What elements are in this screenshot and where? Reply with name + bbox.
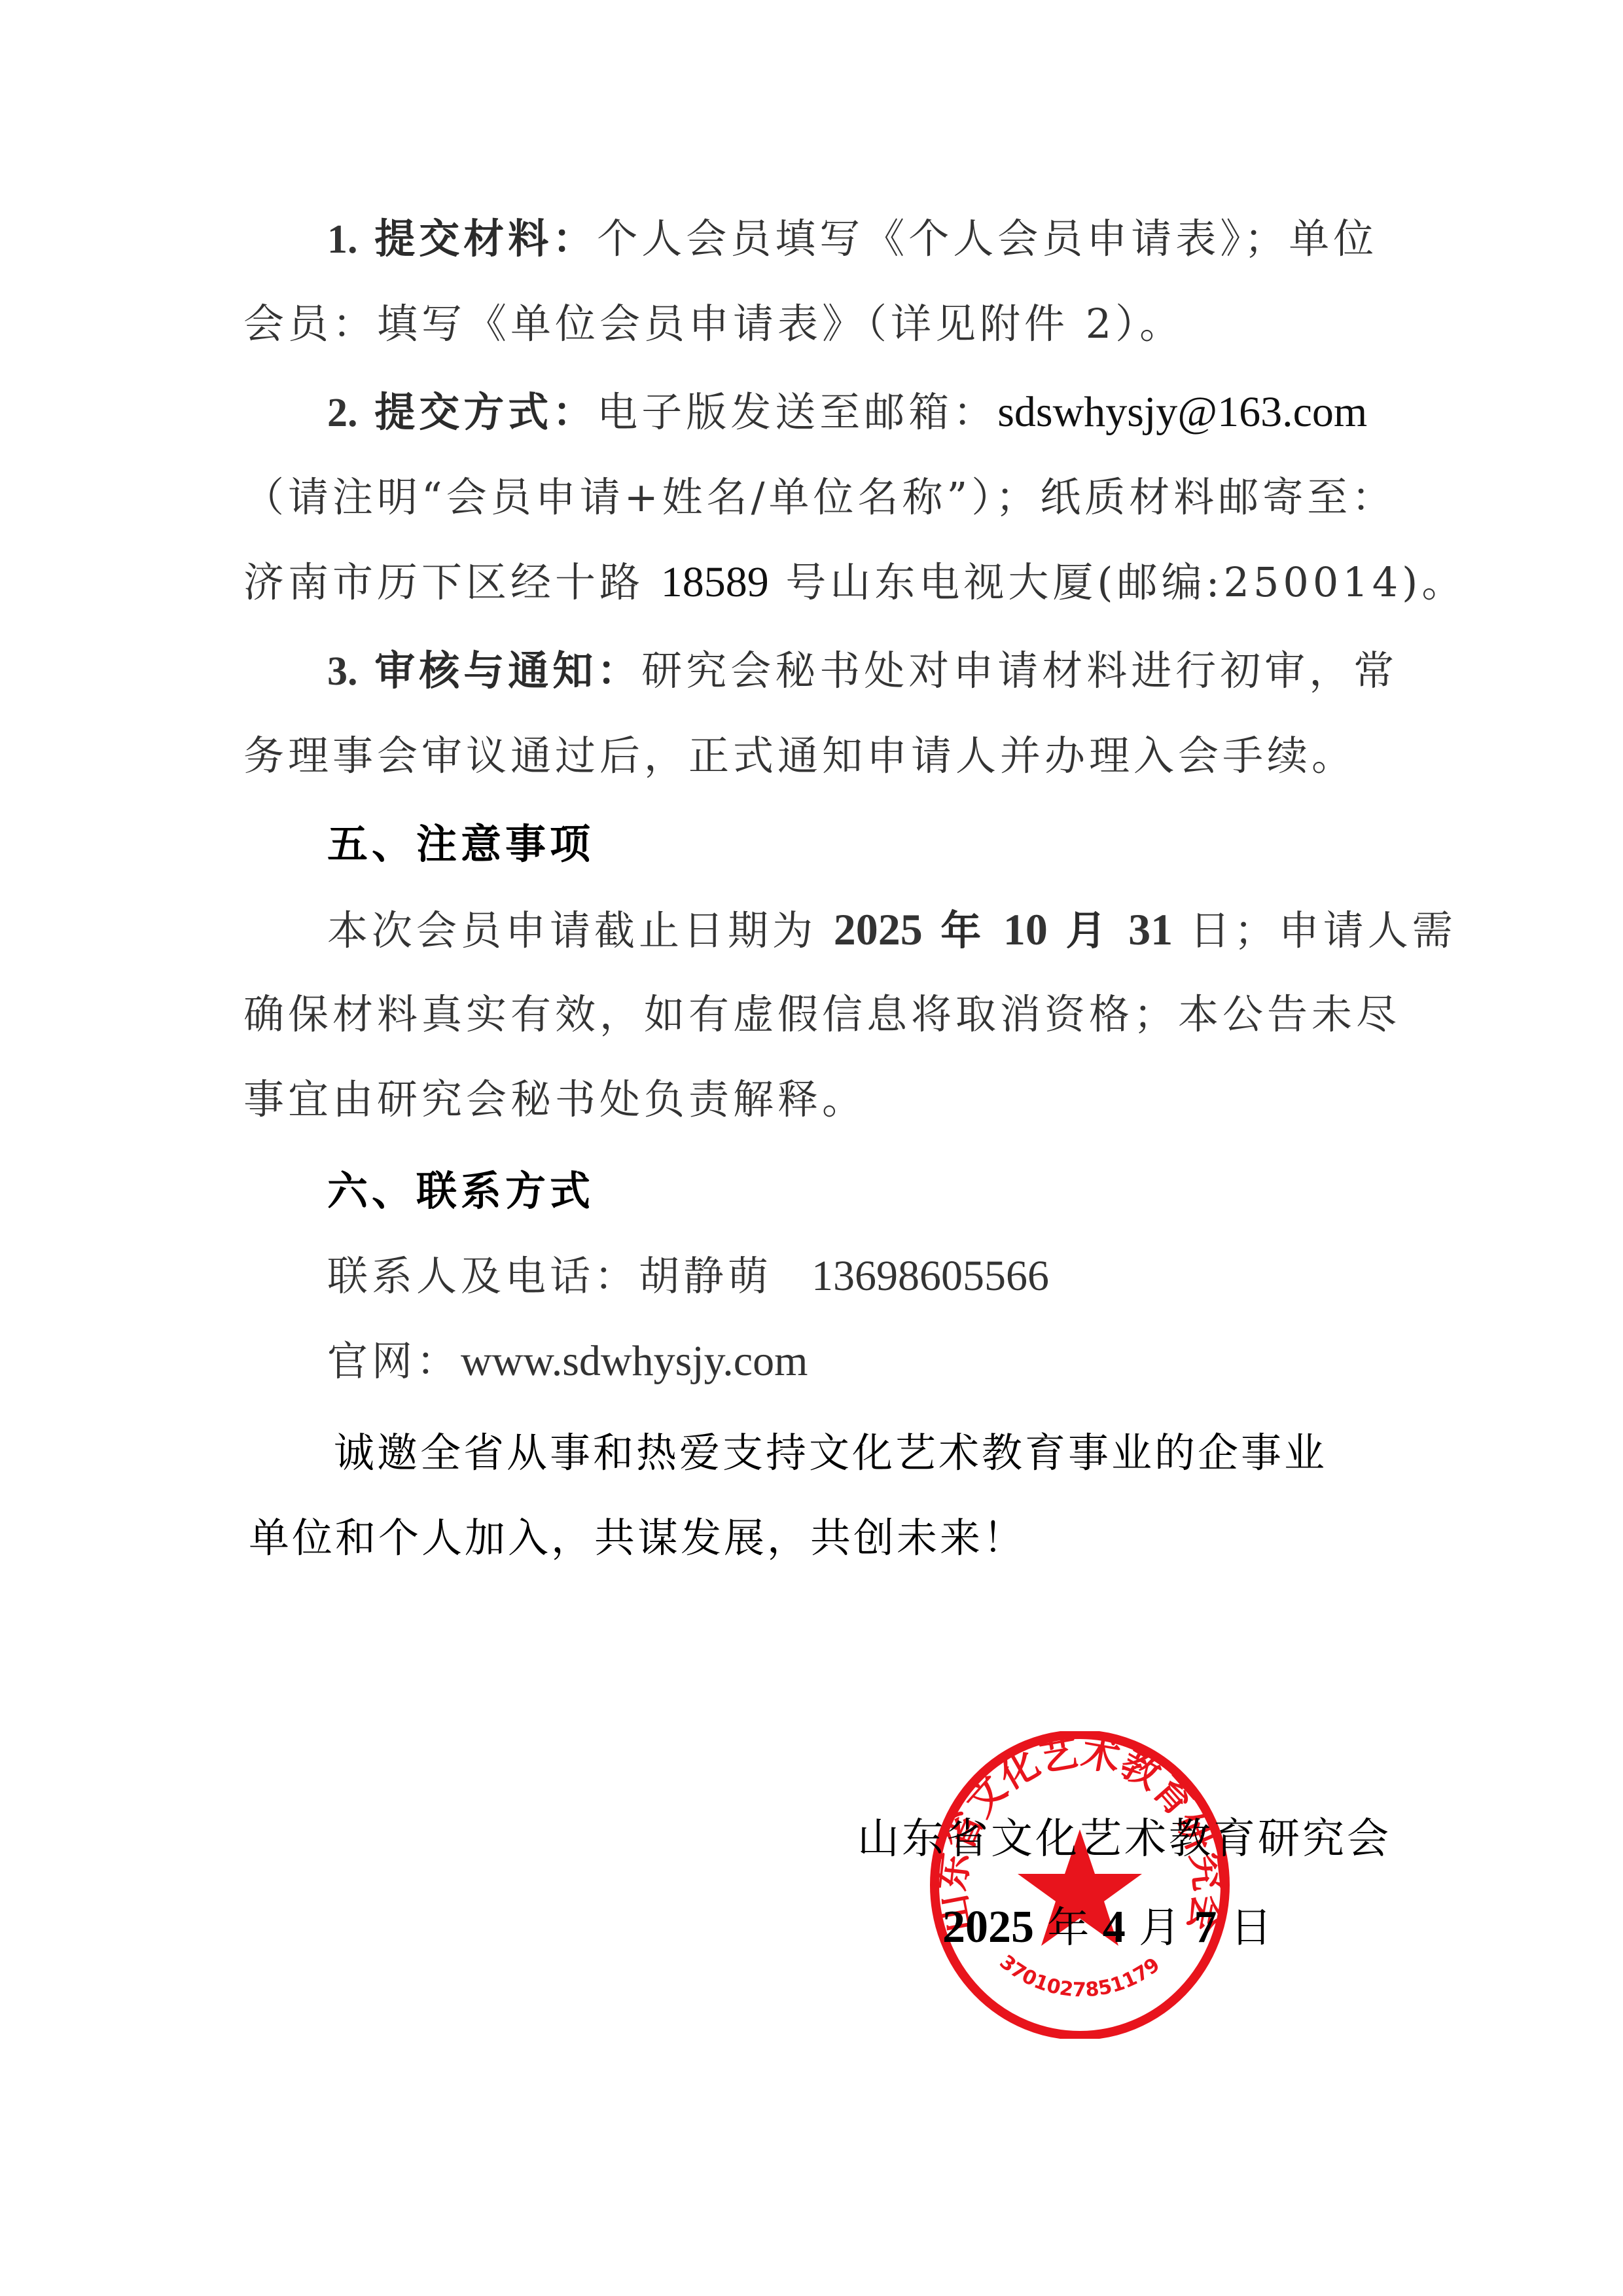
website-label: 官网： [327,1337,461,1385]
closing-line-1: 诚邀全省从事和热爱支持文化艺术教育事业的企事业 [334,1427,1472,1479]
item-2-line-1: 2. 提交方式：电子版发送至邮箱：sdswhysjy@163.com [327,386,1466,439]
section-5-line-2: 确保材料真实有效，如有虚假信息将取消资格；本公告未尽 [243,988,1382,1041]
section-5-heading: 五、注意事项 [327,818,1466,870]
deadline-month-unit: 月 [1048,906,1128,954]
contact-line: 联系人及电话：胡静萌13698605566 [327,1250,1466,1302]
item-1-number: 1. [327,217,358,262]
date-year: 2025 [942,1902,1034,1952]
date-month-unit: 月 [1126,1904,1194,1952]
item-1-line-1: 1. 提交材料：个人会员填写《个人会员申请表》；单位 [327,213,1466,266]
item-1-line-2: 会员：填写《单位会员申请表》（详见附件 2）。 [243,298,1382,350]
section-5-line-3: 事宜由研究会秘书处负责解释。 [243,1073,1382,1126]
section-5-line-1: 本次会员申请截止日期为 2025 年 10 月 31 日；申请人需 [327,903,1466,957]
email-address: sdswhysjy@163.com [997,388,1367,436]
item-2-line-2: （请注明“会员申请+姓名/单位名称”）；纸质材料邮寄至： [243,471,1382,524]
deadline-month: 10 [1003,905,1048,954]
deadline-year-unit: 年 [923,906,1003,954]
website-link[interactable]: www.sdwhysjy.com [461,1337,808,1385]
website-line: 官网：www.sdwhysjy.com [327,1335,1466,1388]
date-day: 7 [1194,1902,1217,1952]
item-1-label: 提交材料： [374,215,597,262]
contact-phone: 13698605566 [811,1252,1049,1300]
item-2-number: 2. [327,391,358,435]
date-month: 4 [1103,1902,1126,1952]
item-2-label: 提交方式： [374,388,597,436]
item-3-line-1: 3. 审核与通知：研究会秘书处对申请材料进行初审，常 [327,645,1466,698]
date-year-unit: 年 [1034,1904,1103,1952]
signature-organization: 山东省文化艺术教育研究会 [857,1813,1391,1865]
item-3-text: 研究会秘书处对申请材料进行初审，常 [641,647,1398,694]
signature-date: 2025 年 4 月 7 日 [942,1901,1272,1954]
document-page: 1. 提交材料：个人会员填写《个人会员申请表》；单位 会员：填写《单位会员申请表… [0,0,1623,2296]
address-suffix: 号山东电视大厦(邮编:250014)。 [769,558,1467,606]
seal-code: 3701027851179 [995,1950,1164,2001]
street-number: 18589 [661,558,769,606]
item-3-label: 审核与通知： [374,647,641,694]
item-3-number: 3. [327,649,358,694]
item-2-line-3: 济南市历下区经十路 18589 号山东电视大厦(邮编:250014)。 [243,556,1382,609]
address-prefix: 济南市历下区经十路 [243,558,661,606]
item-1-text: 个人会员填写《个人会员申请表》；单位 [597,215,1378,262]
deadline-suffix: 日；申请人需 [1173,906,1457,954]
closing-line-2: 单位和个人加入，共谋发展，共创未来！ [249,1512,1387,1564]
item-2-prefix: 电子版发送至邮箱： [597,388,997,436]
contact-label: 联系人及电话：胡静萌 [327,1252,772,1300]
date-day-unit: 日 [1217,1904,1272,1952]
deadline-year: 2025 [834,905,923,954]
item-3-line-2: 务理事会审议通过后，正式通知申请人并办理入会手续。 [243,730,1382,782]
deadline-day: 31 [1128,905,1173,954]
deadline-prefix: 本次会员申请截止日期为 [327,906,834,954]
official-seal-icon: 山东省文化艺术教育研究会 3701027851179 [926,1731,1234,2039]
section-6-heading: 六、联系方式 [327,1165,1466,1217]
